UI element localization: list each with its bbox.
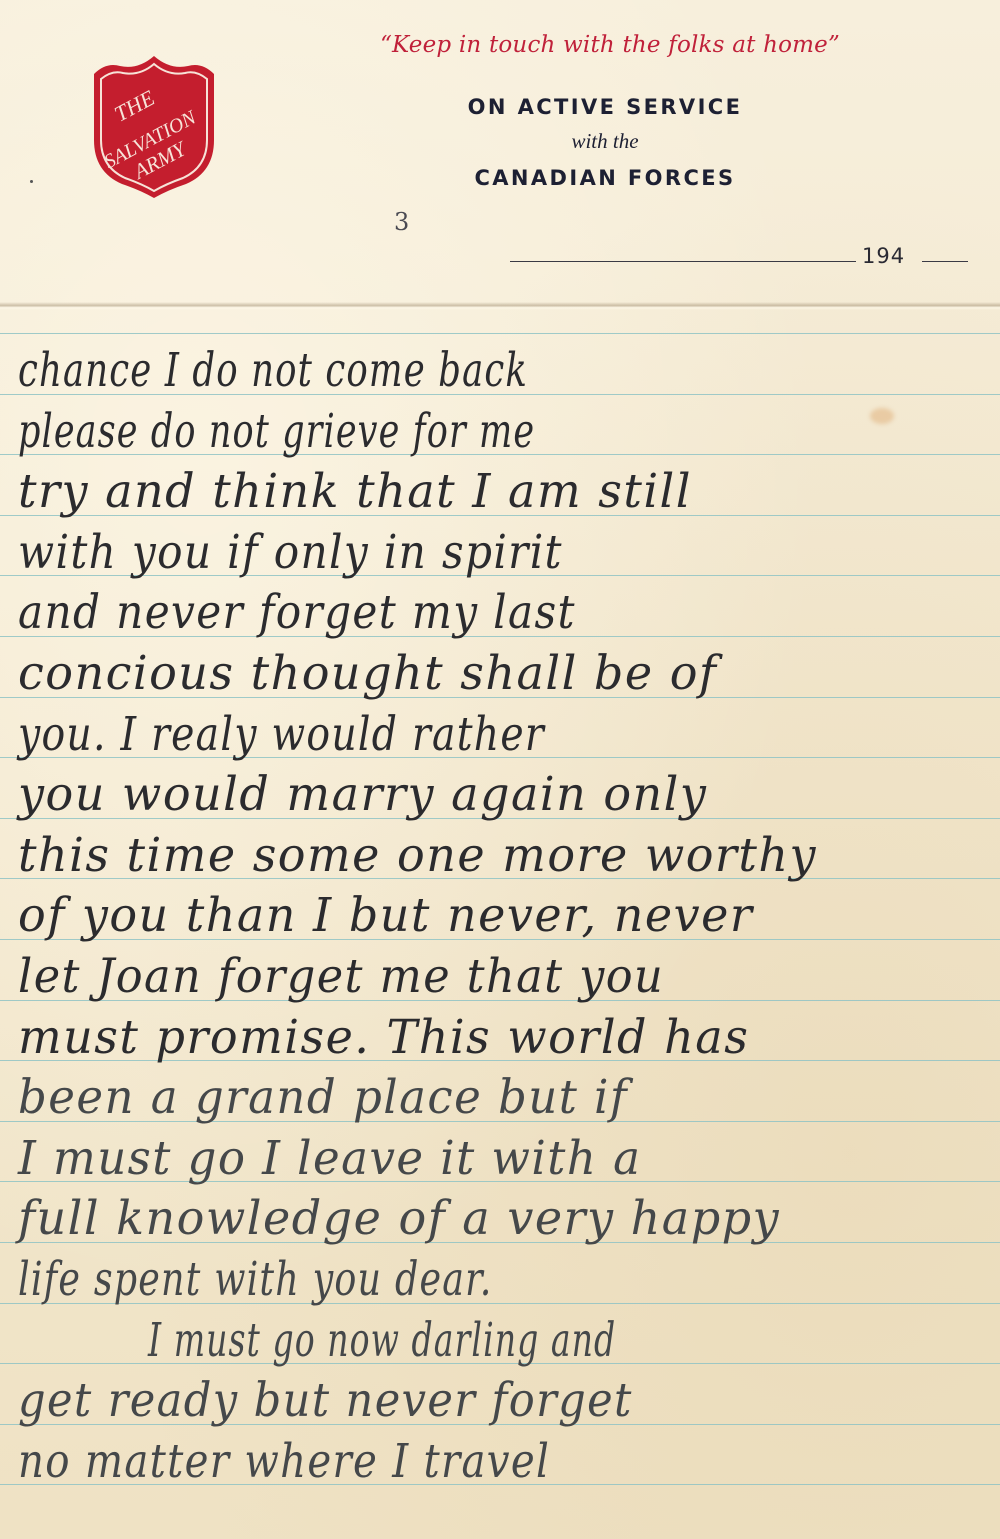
letter-line: concious thought shall be of [18, 644, 978, 704]
letter-line: no matter where I travel [18, 1432, 858, 1492]
letter-line: been a grand place but if [18, 1068, 958, 1128]
letter-line: chance I do not come back [18, 341, 758, 401]
letter-line: I must go I leave it with a [18, 1129, 958, 1189]
letter-page: THE SALVATION ARMY “Keep in touch with t… [0, 0, 1000, 1539]
letter-line: of you than I but never, never [18, 886, 978, 946]
letter-line: let Joan forget me that you [18, 947, 948, 1007]
letter-line: try and think that I am still [18, 462, 978, 522]
letter-line: I must go now darling and [148, 1311, 838, 1371]
letter-line: please do not grieve for me [18, 402, 748, 462]
letter-line: must promise. This world has [18, 1008, 978, 1068]
letter-line: get ready but never forget [18, 1371, 918, 1431]
letter-line: this time some one more worthy [18, 826, 978, 886]
letter-line: you would marry again only [18, 765, 978, 825]
letter-line: life spent with you dear. [18, 1250, 778, 1310]
letter-line: full knowledge of a very happy [18, 1189, 978, 1249]
letter-line: with you if only in spirit [18, 523, 898, 583]
letter-line: you. I realy would rather [18, 705, 838, 765]
handwritten-letter-body: chance I do not come backplease do not g… [0, 0, 1000, 1539]
letter-line: and never forget my last [18, 583, 898, 643]
